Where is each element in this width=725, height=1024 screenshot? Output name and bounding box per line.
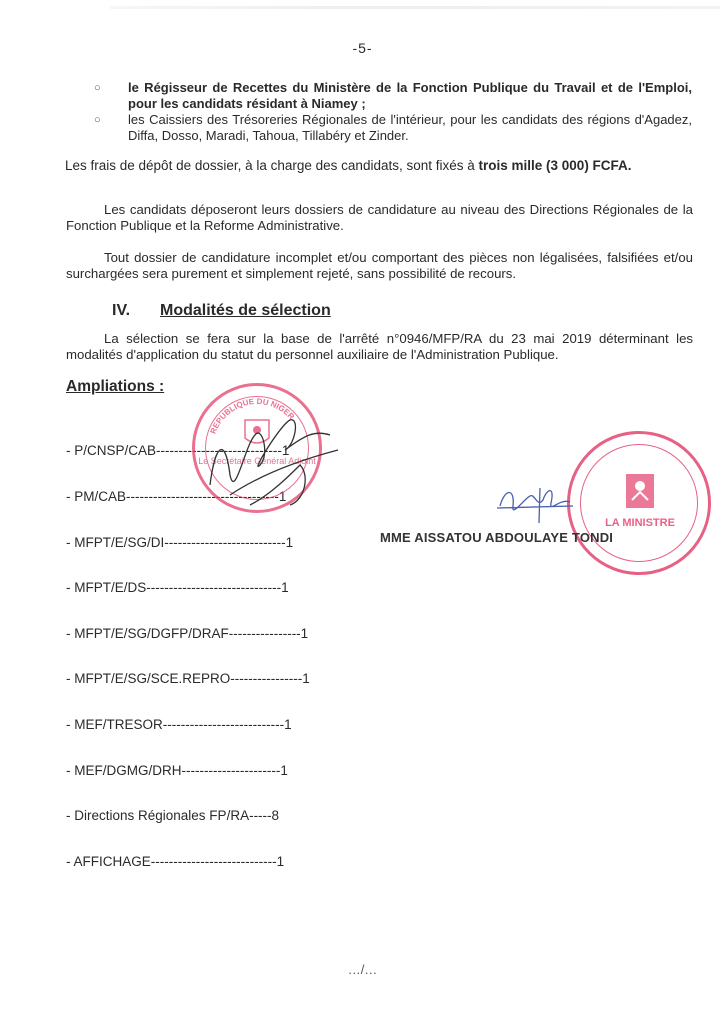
section-number: IV.: [112, 302, 160, 320]
list-item: - MFPT/E/SG/DI--------------------------…: [66, 535, 310, 550]
circle-bullet-icon: ○: [94, 80, 101, 96]
selection-paragraph: La sélection se fera sur la base de l'ar…: [66, 331, 693, 363]
list-item: ○ les Caissiers des Trésoreries Régional…: [94, 112, 692, 144]
list-item: - MEF/DGMG/DRH----------------------1: [66, 763, 310, 778]
official-stamp-minister: LA MINISTRE: [567, 431, 711, 575]
ampliations-title: Ampliations :: [66, 378, 164, 396]
svg-text:REPUBLIQUE DU NIGER: REPUBLIQUE DU NIGER: [209, 397, 297, 435]
fees-paragraph: Les frais de dépôt de dossier, à la char…: [65, 158, 705, 173]
stamp-emblem-icon: LA MINISTRE: [570, 434, 708, 572]
circle-bullet-icon: ○: [94, 112, 101, 128]
list-item-text: les Caissiers des Trésoreries Régionales…: [128, 112, 692, 143]
list-item: - MFPT/E/SG/SCE.REPRO----------------1: [66, 671, 310, 686]
list-item: ○ le Régisseur de Recettes du Ministère …: [94, 80, 692, 112]
list-item: - MEF/TRESOR---------------------------1: [66, 717, 310, 732]
official-stamp-secretary: REPUBLIQUE DU NIGER Le Secrétaire Généra…: [192, 383, 322, 513]
list-item-text: le Régisseur de Recettes du Ministère de…: [128, 80, 692, 111]
svg-text:Le Secrétaire Général Adjoint: Le Secrétaire Général Adjoint: [198, 456, 316, 466]
section-heading: IV.Modalités de sélection: [112, 302, 331, 320]
continued-marker: …/…: [0, 962, 725, 977]
fees-amount: trois mille (3 000) FCFA.: [479, 158, 632, 173]
rejection-paragraph: Tout dossier de candidature incomplet et…: [66, 250, 693, 282]
signature-minister-icon: [495, 478, 575, 528]
list-item: - MFPT/E/SG/DGFP/DRAF----------------1: [66, 626, 310, 641]
list-item: - MFPT/E/DS-----------------------------…: [66, 580, 310, 595]
signatory-name: MME AISSATOU ABDOULAYE TONDI: [380, 530, 613, 545]
scan-artifact: [110, 6, 720, 9]
fees-prefix: Les frais de dépôt de dossier, à la char…: [65, 158, 479, 173]
section-title: Modalités de sélection: [160, 302, 331, 319]
payment-recipients-list: ○ le Régisseur de Recettes du Ministère …: [94, 80, 692, 144]
list-item: - AFFICHAGE----------------------------1: [66, 854, 310, 869]
deposit-paragraph: Les candidats déposeront leurs dossiers …: [66, 202, 693, 234]
page-number: -5-: [0, 40, 725, 56]
stamp-emblem-icon: REPUBLIQUE DU NIGER Le Secrétaire Généra…: [195, 386, 319, 510]
svg-text:LA MINISTRE: LA MINISTRE: [605, 517, 675, 529]
list-item: - Directions Régionales FP/RA-----8: [66, 808, 310, 823]
